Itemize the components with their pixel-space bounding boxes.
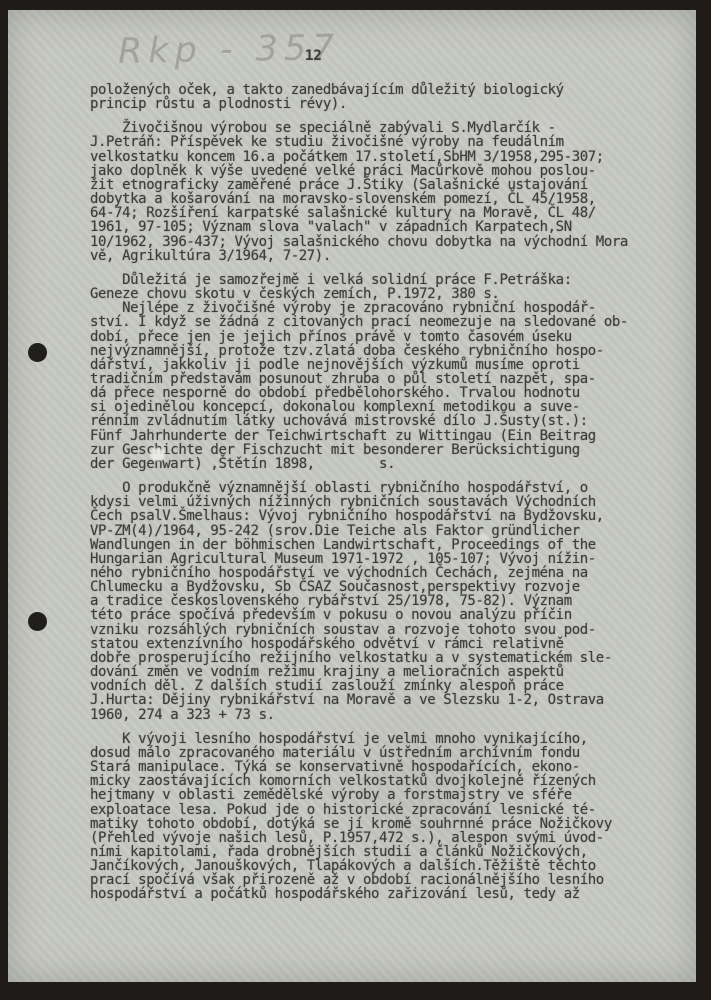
paragraph-forestry: K vývoji lesního hospodářství je velmi m…	[90, 732, 690, 902]
page-number: 12	[305, 48, 322, 64]
hole-punch-top	[28, 343, 47, 362]
paper-sheet: Rkp - 357 12 položených oček, a takto za…	[8, 10, 696, 982]
paragraph-petrasek-work: Důležitá je samozřejmě i velká solidní p…	[90, 273, 690, 301]
paragraph-animal-production: Živočišnou výrobou se speciálně zabývali…	[90, 121, 690, 263]
hole-punch-bottom	[28, 612, 47, 631]
paper-smudge	[478, 534, 489, 542]
paragraph-eastern-bohemia-fishponds: O produkčně významnější oblasti rybniční…	[90, 481, 690, 722]
paragraph-fishpond-economy: Nejlépe z živočišné výroby je zpracováno…	[90, 301, 690, 471]
page-text-body: položených oček, a takto zanedbávajícím …	[90, 83, 690, 912]
paper-smudge	[150, 448, 165, 461]
scanned-page: Rkp - 357 12 položených oček, a takto za…	[0, 0, 711, 1000]
paragraph-vine-growing-end: položených oček, a takto zanedbávajícím …	[90, 83, 690, 111]
